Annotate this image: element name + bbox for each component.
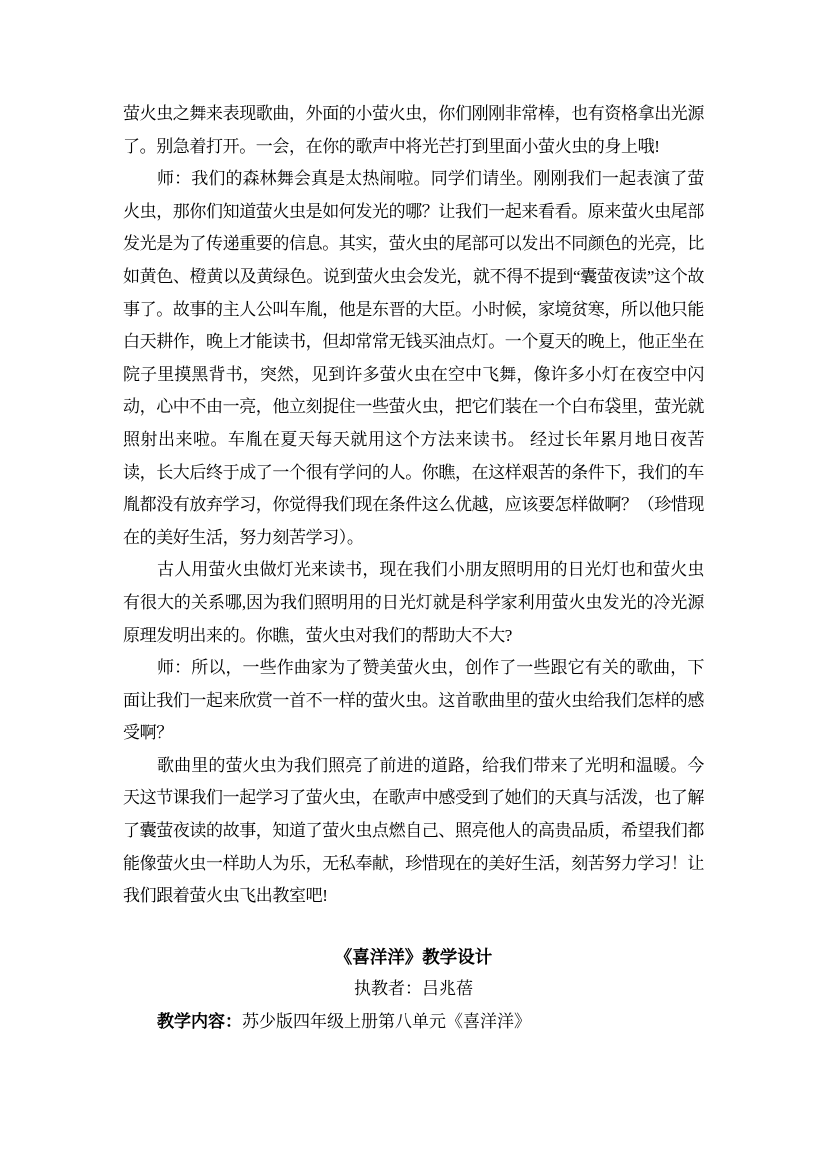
content-line: 教学内容：苏少版四年级上册第八单元《喜洋洋》 xyxy=(123,1006,704,1039)
body-paragraph: 萤火虫之舞来表现歌曲，外面的小萤火虫，你们刚刚非常棒，也有资格拿出光源了。别急着… xyxy=(123,98,704,163)
body-paragraph: 师：我们的森林舞会真是太热闹啦。同学们请坐。刚刚我们一起表演了萤火虫，那你们知道… xyxy=(123,163,704,554)
body-paragraph: 古人用萤火虫做灯光来读书，现在我们小朋友照明用的日光灯也和萤火虫有很大的关系哪,… xyxy=(123,554,704,652)
section-title: 《喜洋洋》教学设计 xyxy=(123,941,704,974)
document-page: 萤火虫之舞来表现歌曲，外面的小萤火虫，你们刚刚非常棒，也有资格拿出光源了。别急着… xyxy=(0,0,827,1170)
content-value: 苏少版四年级上册第八单元《喜洋洋》 xyxy=(242,1012,531,1031)
teacher-line: 执教者：吕兆蓓 xyxy=(123,973,704,1006)
content-label: 教学内容： xyxy=(157,1012,242,1031)
body-paragraph: 歌曲里的萤火虫为我们照亮了前进的道路，给我们带来了光明和温暖。今天这节课我们一起… xyxy=(123,750,704,913)
body-paragraph: 师：所以，一些作曲家为了赞美萤火虫，创作了一些跟它有关的歌曲，下面让我们一起来欣… xyxy=(123,652,704,750)
